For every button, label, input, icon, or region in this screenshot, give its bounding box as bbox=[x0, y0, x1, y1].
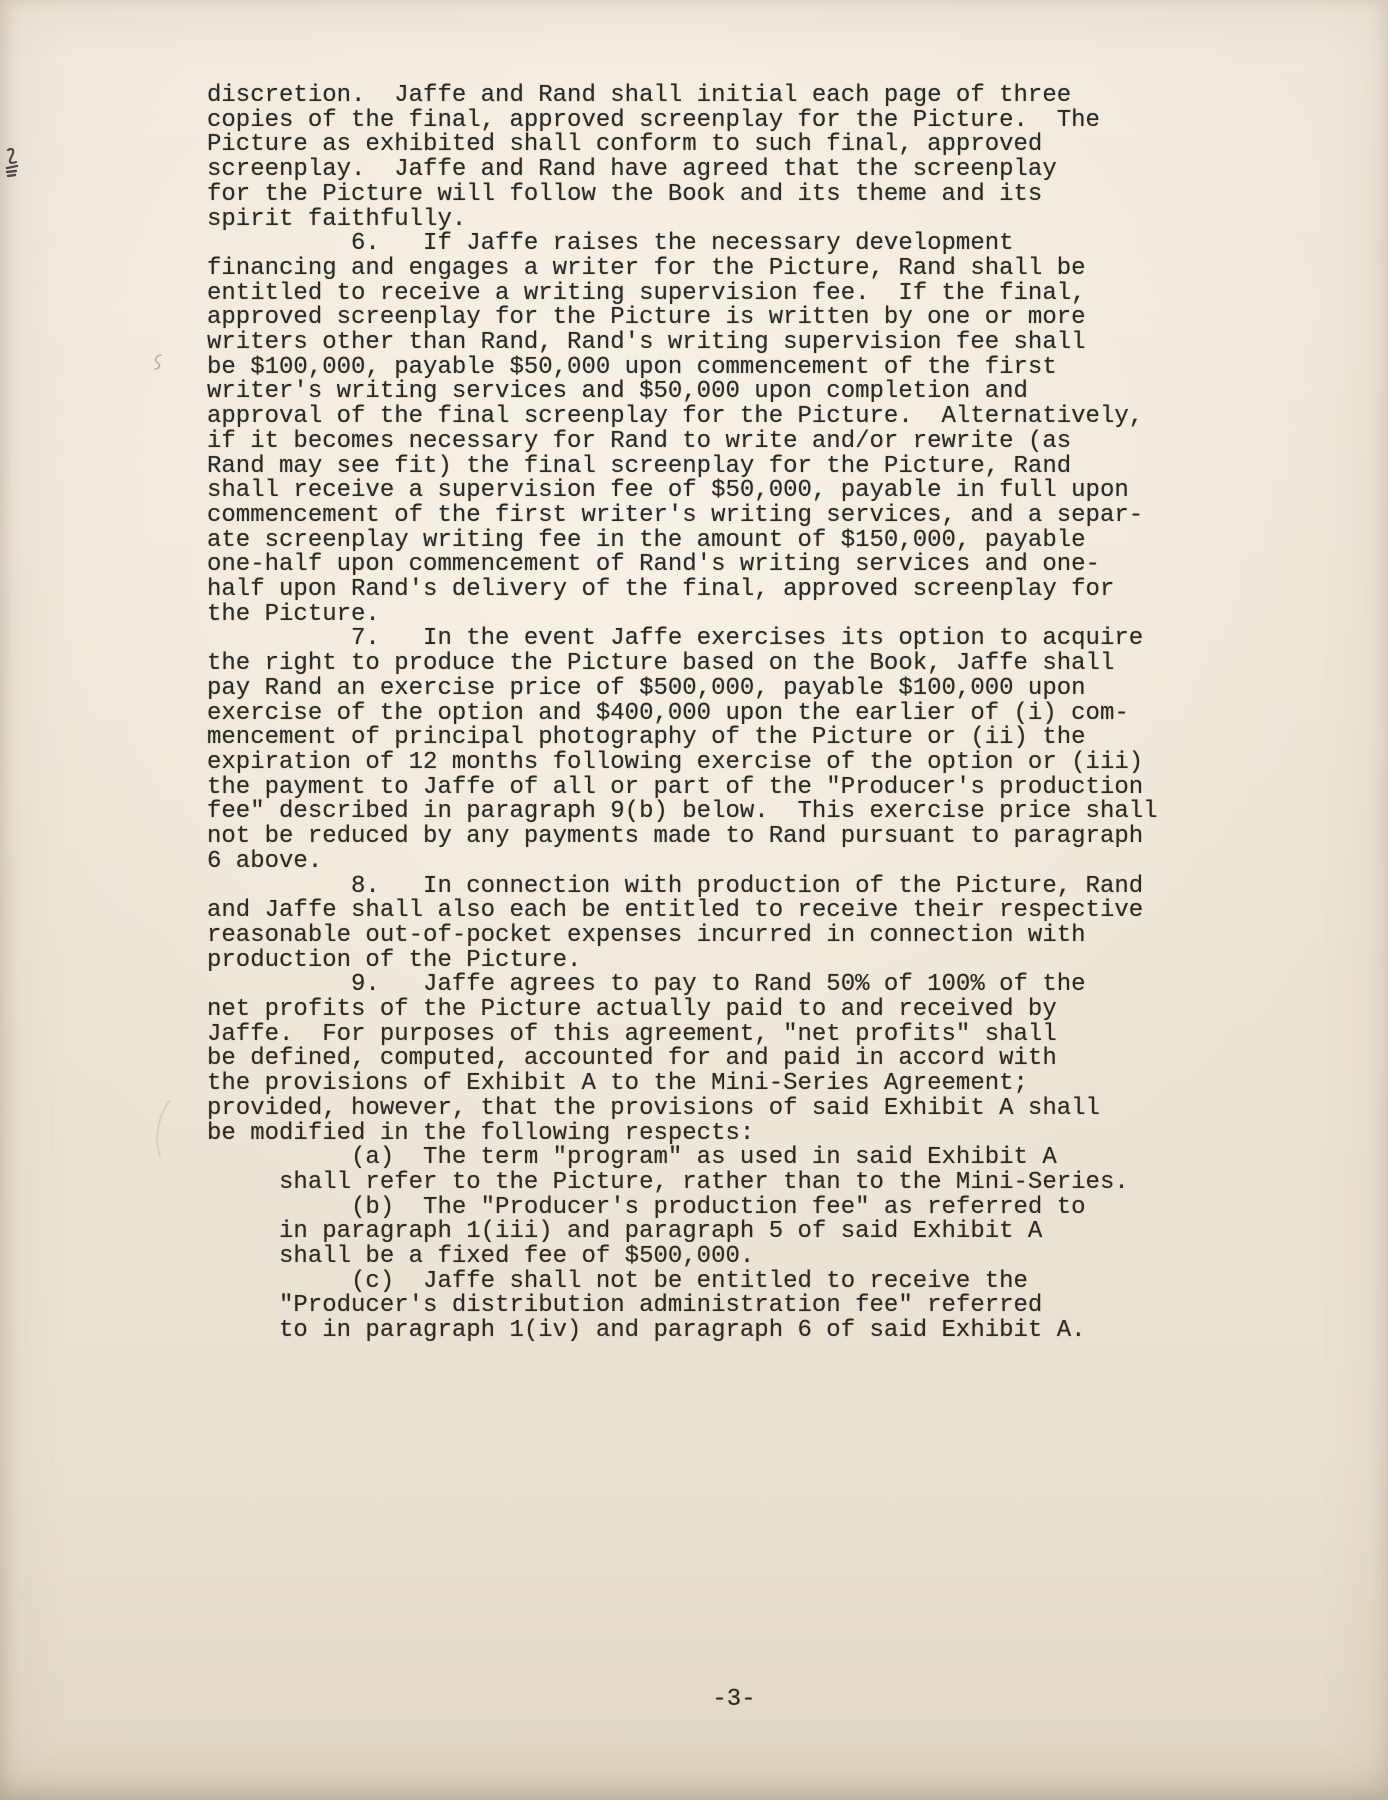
pencil-mark bbox=[150, 352, 166, 377]
typewritten-text-block: discretion. Jaffe and Rand shall initial… bbox=[207, 84, 1158, 1344]
contract-page-scan: discretion. Jaffe and Rand shall initial… bbox=[0, 0, 1388, 1800]
page-number: -3- bbox=[80, 1686, 1388, 1713]
paragraph-8: 8. In connection with production of the … bbox=[207, 875, 1158, 974]
paragraph-9: 9. Jaffe agrees to pay to Rand 50% of 10… bbox=[207, 973, 1158, 1146]
continuation-paragraph: discretion. Jaffe and Rand shall initial… bbox=[207, 84, 1158, 232]
subparagraph-b: (b) The "Producer's production fee" as r… bbox=[207, 1196, 1158, 1270]
paragraph-7: 7. In the event Jaffe exercises its opti… bbox=[207, 627, 1158, 874]
subparagraph-c: (c) Jaffe shall not be entitled to recei… bbox=[207, 1270, 1158, 1344]
subparagraph-a: (a) The term "program" as used in said E… bbox=[207, 1146, 1158, 1195]
pen-mark bbox=[4, 146, 26, 185]
paper-crease bbox=[140, 1098, 180, 1163]
paragraph-6: 6. If Jaffe raises the necessary develop… bbox=[207, 232, 1158, 627]
